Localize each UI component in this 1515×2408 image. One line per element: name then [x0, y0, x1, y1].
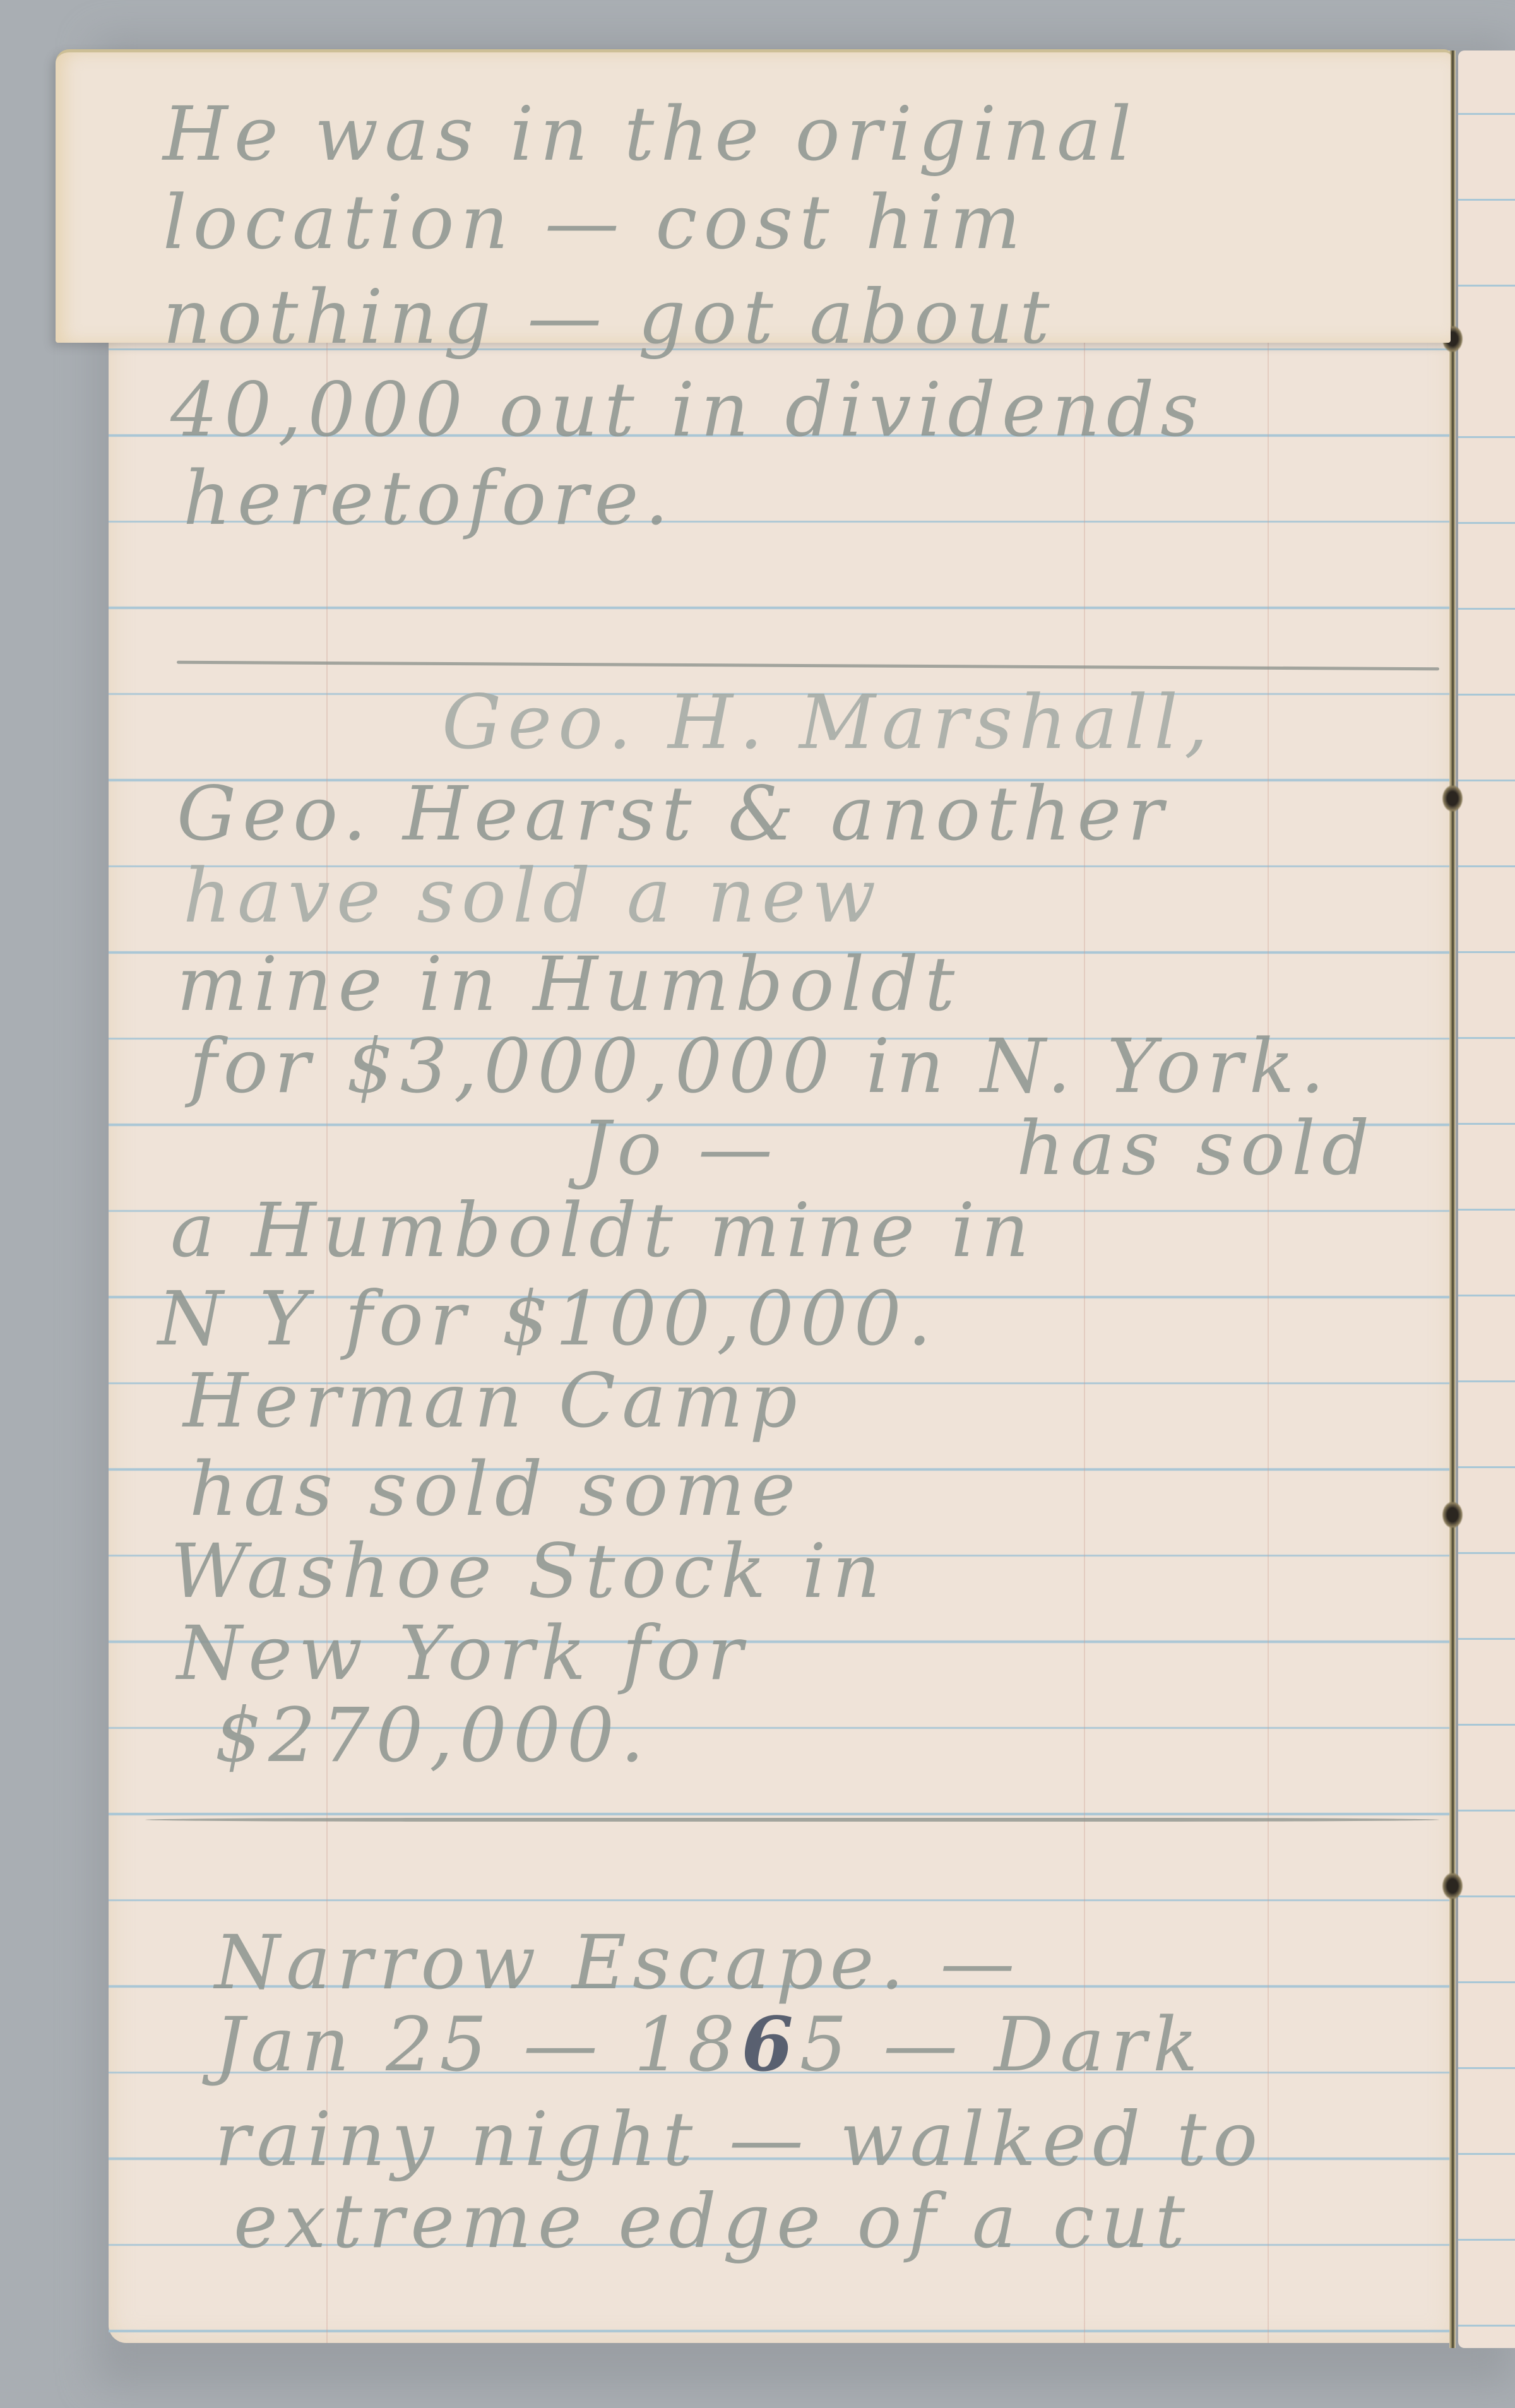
entry-line: $270,000. — [215, 1698, 651, 1772]
entry-line: extreme edge of a cut — [234, 2184, 1191, 2258]
entry-line: Geo. Hearst & another — [177, 776, 1170, 851]
slip-line-continued: 40,000 out in dividends — [170, 372, 1205, 447]
entry-line: New York for — [177, 1616, 749, 1690]
entry-date: Jan 25 — 1865 — Dark — [215, 2007, 1204, 2082]
entry-line: mine in Humboldt — [177, 947, 961, 1021]
ink-digit: 6 — [741, 2000, 799, 2088]
slip-line: He was in the original — [163, 97, 1138, 171]
date-text: 5 — Dark — [800, 2001, 1204, 2088]
binding-hole — [1442, 785, 1463, 812]
entry-line: rainy night — walked to — [215, 2102, 1264, 2176]
date-text: Jan 25 — 18 — [215, 2001, 741, 2088]
entry-line: has sold — [1016, 1111, 1375, 1185]
entry-line: a Humboldt mine in — [170, 1193, 1035, 1267]
entry-title: Narrow Escape. — — [215, 1925, 1021, 2000]
entry-line: have sold a new — [183, 858, 882, 933]
column-rule — [1268, 50, 1269, 2343]
section-divider — [145, 1818, 1439, 1822]
binding-gutter — [1449, 50, 1456, 2348]
entry-line: N Y for $100,000. — [158, 1281, 937, 1356]
entry-line: Washoe Stock in — [170, 1534, 886, 1608]
slip-line: location — cost him — [163, 185, 1027, 259]
entry-line: has sold some — [189, 1452, 802, 1526]
facing-page-edge — [1458, 50, 1515, 2348]
entry-line: Jo — — [581, 1111, 779, 1185]
pasted-slip: He was in the original location — cost h… — [56, 49, 1451, 343]
slip-line-continued: heretofore. — [183, 461, 675, 535]
entry-line: for $3,000,000 in N. York. — [189, 1029, 1331, 1103]
entry-line: Herman Camp — [183, 1363, 804, 1438]
binding-hole — [1442, 1872, 1463, 1900]
binding-hole — [1442, 1501, 1463, 1529]
slip-line: nothing — got about — [163, 280, 1056, 354]
entry-line: Geo. H. Marshall, — [442, 685, 1214, 759]
